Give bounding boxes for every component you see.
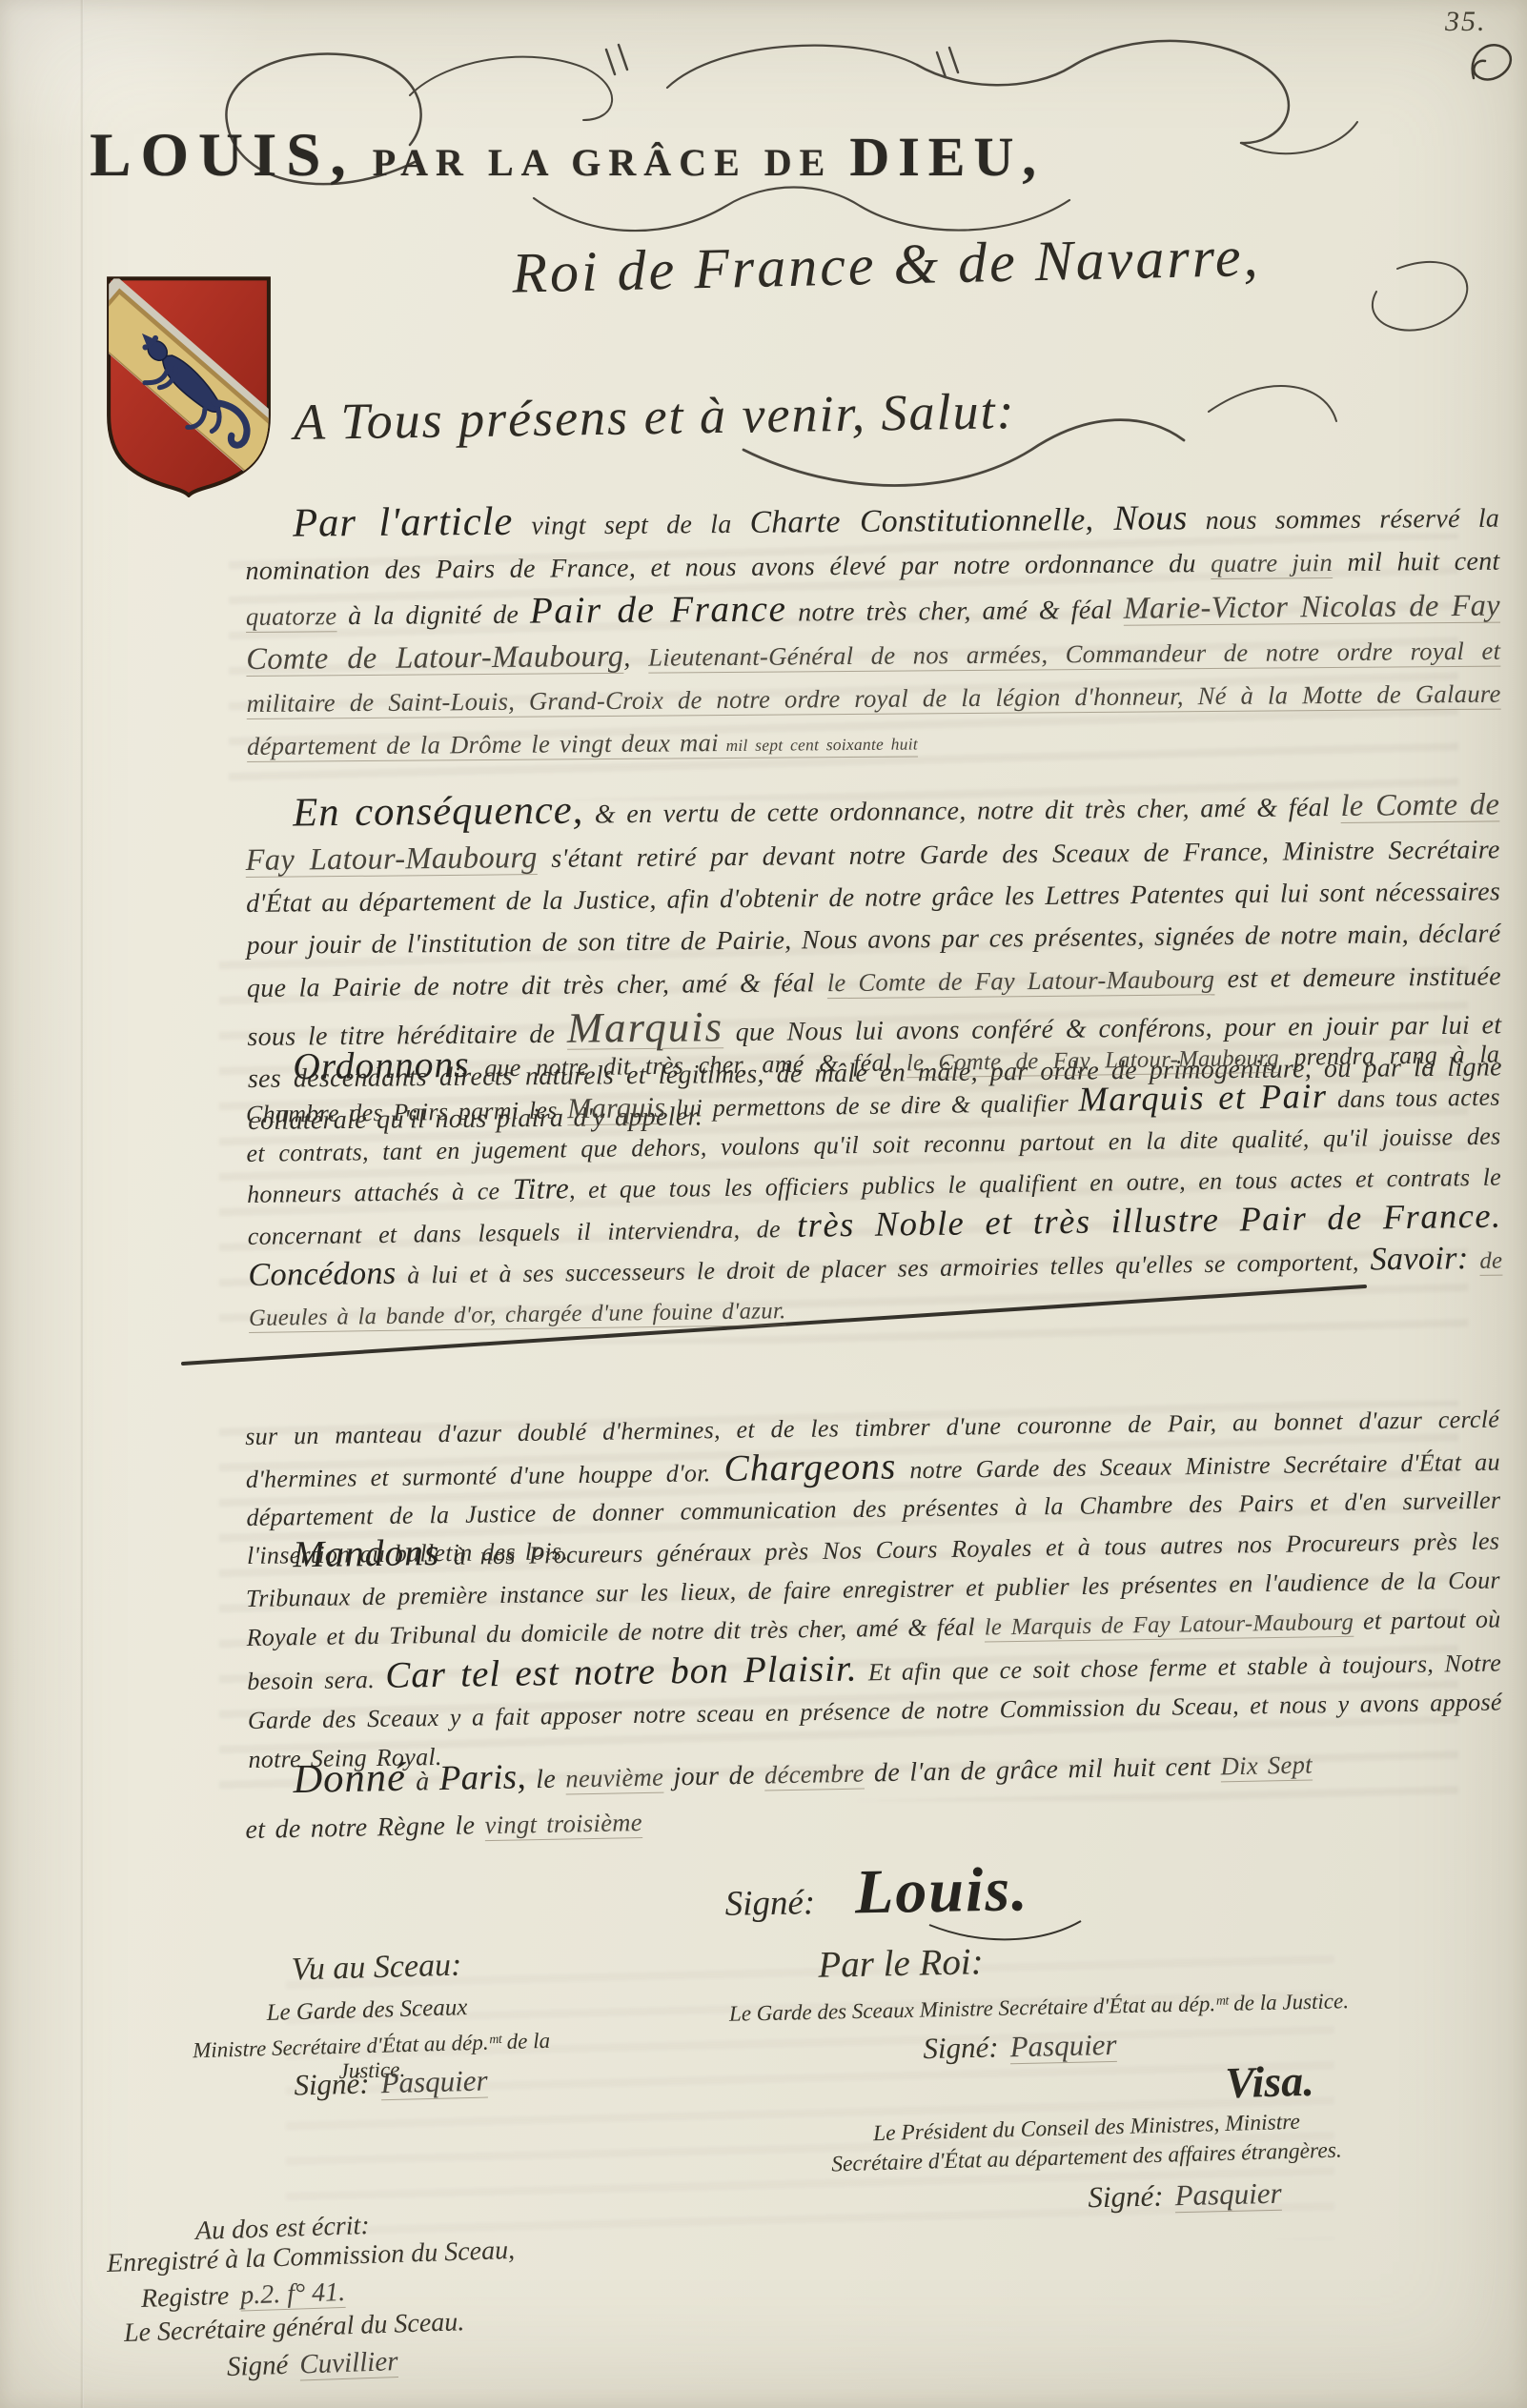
document-page: 35. LOUIS, PAR LA GRÂCE DE DIEU, xyxy=(0,0,1527,2408)
paragraph-charte-constitutionnelle: Par l'article vingt sept de la Charte Co… xyxy=(245,494,1501,771)
vu-au-sceau-signature: Signé:Pasquier xyxy=(234,2062,549,2104)
par-le-roi-line1: Le Garde des Sceaux Ministre Secrétaire … xyxy=(717,1989,1361,2027)
signature-name: Pasquier xyxy=(380,2064,488,2100)
paper-fold-line xyxy=(80,0,84,2408)
signature-label: Signé: xyxy=(1088,2179,1164,2215)
signature-name: Pasquier xyxy=(1009,2028,1117,2063)
title-dieu: DIEU, xyxy=(849,125,1045,189)
coat-of-arms xyxy=(101,271,276,497)
endorsement-signature: SignéCuvillier xyxy=(226,2346,398,2383)
visa-heading: Visa. xyxy=(1173,2054,1365,2109)
endorsement-registre: Registrep.2. f° 41. xyxy=(140,2277,345,2315)
registre-label: Registre xyxy=(140,2281,229,2314)
subtitle-roi-de-france: Roi de France & de Navarre, xyxy=(285,218,1487,312)
endorsement-enregistre: Enregistré à la Commission du Sceau, xyxy=(106,2236,515,2279)
visa-signature: Signé:Pasquier xyxy=(1008,2175,1362,2216)
signature-label: Signé: xyxy=(923,2030,999,2065)
par-le-roi-heading: Par le Roi: xyxy=(753,1939,1049,1988)
vu-au-sceau-line1: Le Garde des Sceaux xyxy=(214,1993,520,2029)
salutation-line: A Tous présens et à venir, Salut: xyxy=(294,377,1276,452)
signature-label: Signé: xyxy=(724,1882,815,1925)
title-par-la-grace: PAR LA GRÂCE DE xyxy=(373,140,833,185)
par-le-roi-signature: Signé:Pasquier xyxy=(863,2027,1178,2068)
signature-name: Cuvillier xyxy=(299,2346,398,2379)
signature-label: Signé: xyxy=(294,2067,370,2102)
title-louis: LOUIS, xyxy=(90,120,356,192)
folio-number: 35. xyxy=(1445,6,1521,38)
king-signature-name: Louis. xyxy=(854,1853,1029,1929)
vu-au-sceau-heading: Vu au Sceau: xyxy=(243,1946,511,1990)
registre-folio-value: p.2. f° 41. xyxy=(240,2277,346,2311)
folio-paraph xyxy=(1473,45,1511,79)
document-title: LOUIS, PAR LA GRÂCE DE DIEU, xyxy=(191,120,944,192)
paragraph-ordonnons: Ordonnons que notre dit très cher, amé &… xyxy=(245,1031,1503,1338)
royal-signature: Signé: Louis. xyxy=(609,1852,1144,1933)
signature-label: Signé xyxy=(226,2350,288,2382)
signature-name: Pasquier xyxy=(1174,2176,1282,2213)
